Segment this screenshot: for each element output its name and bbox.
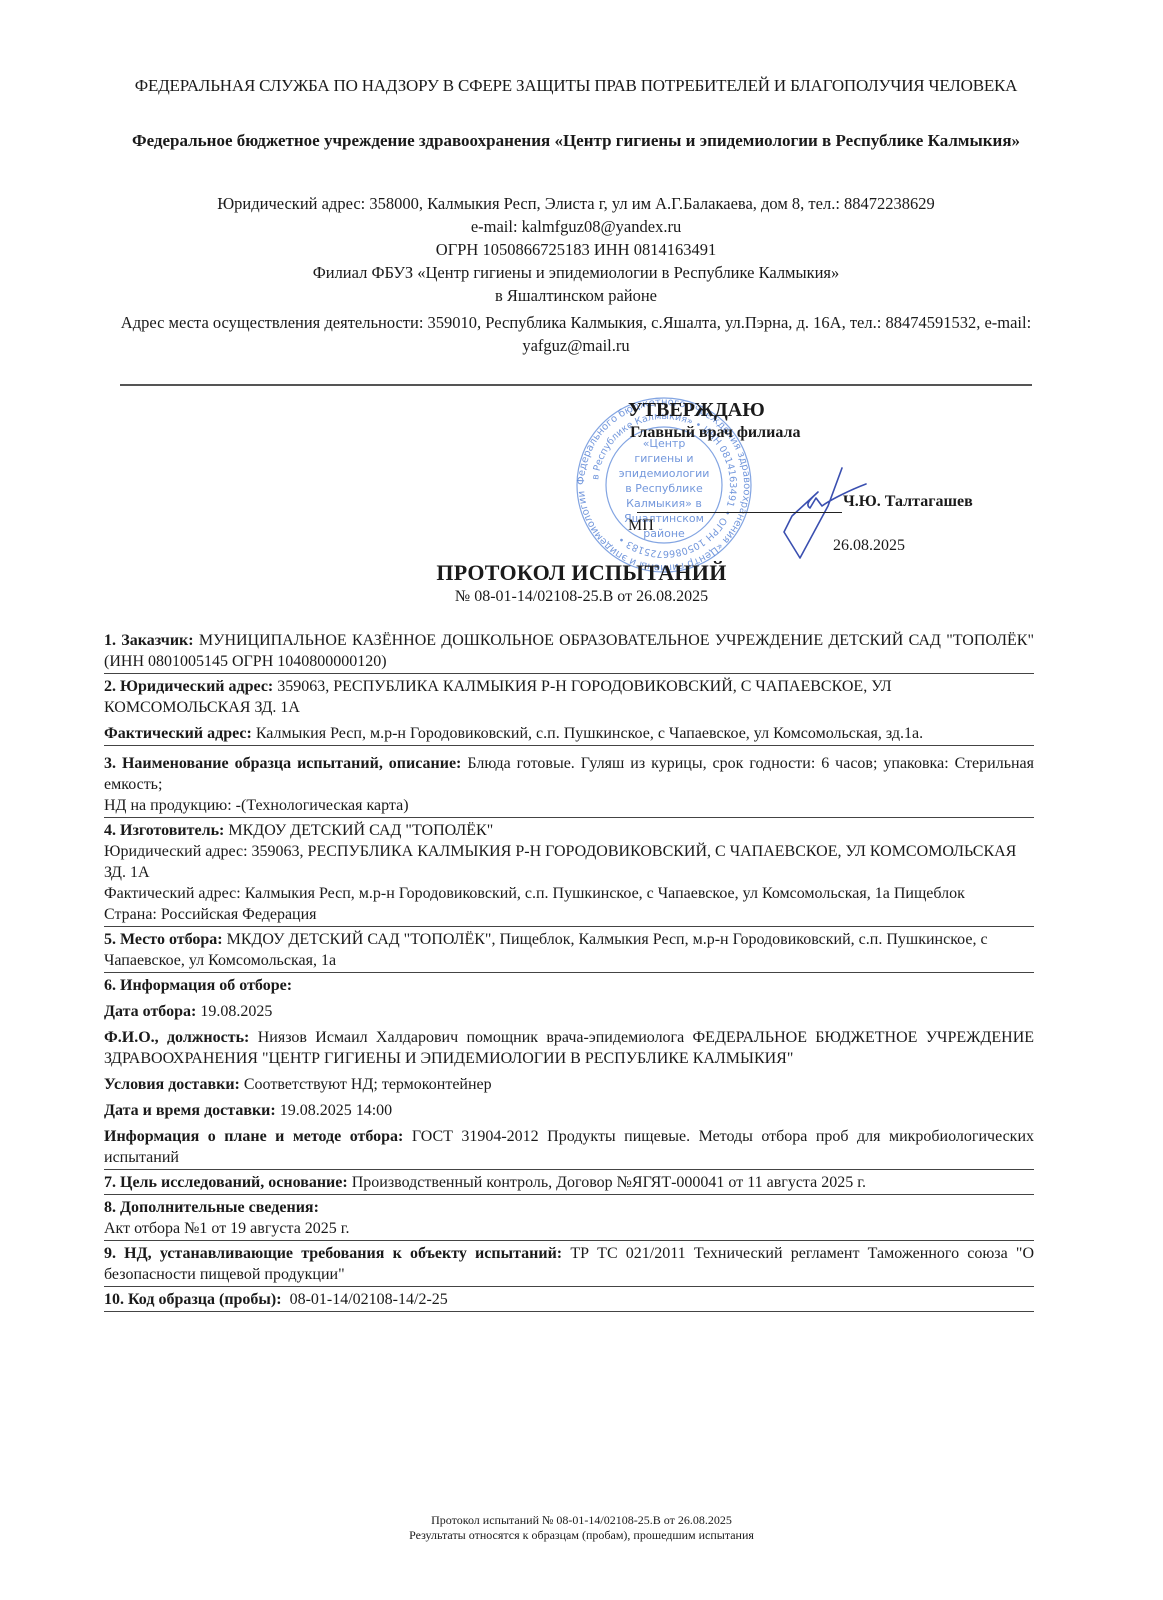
page-footer: Протокол испытаний № 08-01-14/02108-25.В… <box>0 1513 1163 1543</box>
section-sample-code: 10. Код образца (пробы): 08-01-14/02108-… <box>104 1287 1034 1312</box>
protocol-sections: 1. Заказчик: МУНИЦИПАЛЬНОЕ КАЗЁННОЕ ДОШК… <box>104 630 1034 1312</box>
field-label: Фактический адрес: <box>104 725 252 742</box>
section-label: 1. Заказчик: <box>104 632 194 649</box>
section-manufacturer: 4. Изготовитель: МКДОУ ДЕТСКИЙ САД "ТОПО… <box>104 818 1034 927</box>
svg-text:в Республике: в Республике <box>625 482 703 495</box>
section-legal-address: 2. Юридический адрес: 359063, РЕСПУБЛИКА… <box>104 674 1034 746</box>
document-title: ПРОТОКОЛ ИСПЫТАНИЙ <box>0 560 1163 586</box>
manufacturer-country: Страна: Российская Федерация <box>104 904 1034 925</box>
delivery-conditions: Соответствуют НД; термоконтейнер <box>244 1076 492 1093</box>
section-label: 10. Код образца (пробы): <box>104 1291 282 1308</box>
approval-date: 26.08.2025 <box>833 537 905 555</box>
svg-text:гигиены и: гигиены и <box>634 452 693 465</box>
registration-ids: ОГРН 1050866725183 ИНН 0814163491 <box>120 238 1032 261</box>
approver-role: Главный врач филиала <box>630 422 800 444</box>
section-sampling-place: 5. Место отбора: МКДОУ ДЕТСКИЙ САД "ТОПО… <box>104 927 1034 973</box>
footer-protocol-number: Протокол испытаний № 08-01-14/02108-25.В… <box>0 1513 1163 1528</box>
approval-title: УТВЕРЖДАЮ <box>628 398 800 422</box>
approval-block: УТВЕРЖДАЮ Главный врач филиала <box>628 398 800 444</box>
section-label: 7. Цель исследований, основание: <box>104 1174 348 1191</box>
section-value: МУНИЦИПАЛЬНОЕ КАЗЁННОЕ ДОШКОЛЬНОЕ ОБРАЗО… <box>104 632 1034 670</box>
email: e-mail: kalmfguz08@yandex.ru <box>120 215 1032 238</box>
section-label: 6. Информация об отборе: <box>104 977 292 994</box>
section-label: 8. Дополнительные сведения: <box>104 1199 319 1216</box>
section-sample-name: 3. Наименование образца испытаний, описа… <box>104 746 1034 818</box>
section-label: 4. Изготовитель: <box>104 822 224 839</box>
field-label: Дата отбора: <box>104 1003 196 1020</box>
section-value: Производственный контроль, Договор №ЯГЯТ… <box>352 1174 866 1191</box>
section-value: МКДОУ ДЕТСКИЙ САД "ТОПОЛЁК" <box>228 822 493 839</box>
section-label: 2. Юридический адрес: <box>104 678 273 695</box>
signer-name: Ч.Ю. Талтагашев <box>843 493 973 511</box>
section-label: 9. НД, устанавливающие требования к объе… <box>104 1245 562 1262</box>
section-label: 5. Место отбора: <box>104 931 223 948</box>
section-research-purpose: 7. Цель исследований, основание: Произво… <box>104 1170 1034 1195</box>
section-label: 3. Наименование образца испытаний, описа… <box>104 755 461 772</box>
organization-name: Федеральное бюджетное учреждение здравоо… <box>120 129 1032 153</box>
signature-line <box>637 512 842 513</box>
section-additional-info: 8. Дополнительные сведения: Акт отбора №… <box>104 1195 1034 1241</box>
sampling-date: 19.08.2025 <box>200 1003 272 1020</box>
svg-text:эпидемиологии: эпидемиологии <box>619 467 710 480</box>
delivery-datetime: 19.08.2025 14:00 <box>280 1102 392 1119</box>
product-nd: НД на продукцию: -(Технологическая карта… <box>104 795 1034 816</box>
section-sampling-info: 6. Информация об отборе: Дата отбора: 19… <box>104 973 1034 1170</box>
branch-name: Филиал ФБУЗ «Центр гигиены и эпидемиолог… <box>120 261 1032 284</box>
field-label: Информация о плане и методе отбора: <box>104 1128 403 1145</box>
branch-district: в Яшалтинском районе <box>120 284 1032 307</box>
activity-address: Адрес места осуществления деятельности: … <box>120 311 1032 357</box>
section-value: МКДОУ ДЕТСКИЙ САД "ТОПОЛЁК", Пищеблок, К… <box>104 931 988 969</box>
header-divider <box>120 384 1032 386</box>
organization-contacts: Юридический адрес: 358000, Калмыкия Респ… <box>120 192 1032 307</box>
field-value: Калмыкия Респ, м.р-н Городовиковский, с.… <box>256 725 923 742</box>
manufacturer-legal-address: Юридический адрес: 359063, РЕСПУБЛИКА КА… <box>104 841 1034 883</box>
protocol-page: ФЕДЕРАЛЬНАЯ СЛУЖБА ПО НАДЗОРУ В СФЕРЕ ЗА… <box>0 0 1163 1600</box>
footer-disclaimer: Результаты относятся к образцам (пробам)… <box>0 1528 1163 1543</box>
agency-name: ФЕДЕРАЛЬНАЯ СЛУЖБА ПО НАДЗОРУ В СФЕРЕ ЗА… <box>120 74 1032 98</box>
legal-address: Юридический адрес: 358000, Калмыкия Респ… <box>120 192 1032 215</box>
field-label: Ф.И.О., должность: <box>104 1029 249 1046</box>
document-number: № 08-01-14/02108-25.В от 26.08.2025 <box>0 588 1163 606</box>
stamp-place-label: МП <box>628 517 654 535</box>
manufacturer-actual-address: Фактический адрес: Калмыкия Респ, м.р-н … <box>104 883 1034 904</box>
section-value: Акт отбора №1 от 19 августа 2025 г. <box>104 1218 1034 1239</box>
sample-code: 08-01-14/02108-14/2-25 <box>290 1291 448 1308</box>
field-label: Дата и время доставки: <box>104 1102 276 1119</box>
section-customer: 1. Заказчик: МУНИЦИПАЛЬНОЕ КАЗЁННОЕ ДОШК… <box>104 630 1034 674</box>
section-requirements-nd: 9. НД, устанавливающие требования к объе… <box>104 1241 1034 1287</box>
svg-text:Калмыкия» в: Калмыкия» в <box>626 497 702 510</box>
field-label: Условия доставки: <box>104 1076 240 1093</box>
